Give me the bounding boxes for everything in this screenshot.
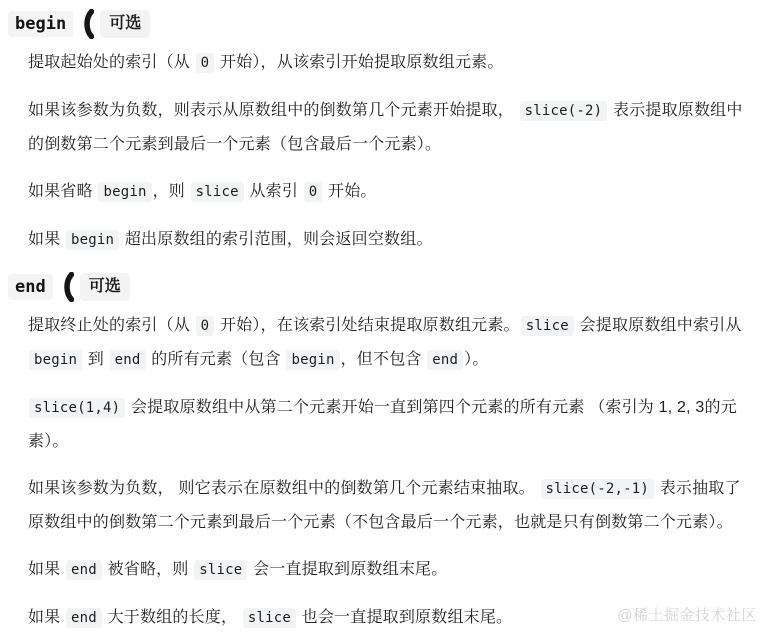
inline-code: 0: [304, 182, 323, 202]
inline-code: end: [66, 608, 102, 628]
text-run: 会提取原数组中从第二个元素开始一直到第四个元素的所有元素 （索引为 1, 2, …: [28, 399, 737, 450]
text-run: 开始。: [323, 183, 376, 200]
article-body: begin可选提取起始处的索引（从 0 开始），从该索引开始提取原数组元素。如果…: [0, 0, 771, 635]
param-heading-end: end可选: [8, 272, 755, 302]
text-run: ）。: [464, 351, 488, 368]
paragraph: 如果省略 begin，则 slice 从索引 0 开始。: [28, 175, 750, 209]
optional-badge: 可选: [80, 273, 130, 301]
inline-code: begin: [29, 350, 82, 370]
paragraph: 提取终止处的索引（从 0 开始），在该索引处结束提取原数组元素。slice 会提…: [28, 309, 750, 377]
text-run: 如果: [28, 231, 65, 248]
paragraph: 如果该参数为负数， 则它表示在原数组中的倒数第几个元素结束抽取。 slice(-…: [28, 472, 750, 539]
left-parenthesis-icon: [81, 9, 94, 39]
inline-code: slice: [191, 182, 244, 202]
param-section-end: end可选提取终止处的索引（从 0 开始），在该索引处结束提取原数组元素。sli…: [8, 272, 755, 635]
inline-code: begin: [286, 350, 339, 370]
inline-code: slice: [521, 316, 574, 336]
paragraph: 如果 end 被省略，则 slice 会一直提取到原数组末尾。: [28, 553, 750, 587]
text-run: 的所有元素（包含: [147, 351, 286, 368]
text-run: 大于数组的长度，: [103, 609, 242, 626]
text-run: 会一直提取到原数组末尾。: [248, 561, 447, 578]
text-run: ，但不包含: [341, 351, 427, 368]
text-run: 开始），从该索引开始提取原数组元素。: [215, 54, 503, 71]
param-heading-begin: begin可选: [8, 9, 755, 39]
inline-code: slice(1,4): [29, 398, 125, 418]
paragraph: 提取起始处的索引（从 0 开始），从该索引开始提取原数组元素。: [28, 46, 750, 80]
text-run: 到: [83, 351, 109, 368]
text-run: ，则: [153, 183, 190, 200]
inline-code: 0: [196, 53, 215, 73]
text-run: 超出原数组的索引范围，则会返回空数组。: [120, 231, 432, 248]
text-run: 被省略，则: [103, 561, 193, 578]
paragraph: 如果 begin 超出原数组的索引范围，则会返回空数组。: [28, 223, 750, 257]
inline-code: slice(-2,-1): [541, 479, 655, 499]
paragraph: slice(1,4) 会提取原数组中从第二个元素开始一直到第四个元素的所有元素 …: [28, 391, 750, 458]
optional-badge: 可选: [100, 10, 150, 38]
inline-code: slice: [194, 560, 247, 580]
text-run: 开始），在该索引处结束提取原数组元素。: [215, 317, 519, 334]
inline-code: end: [427, 350, 463, 370]
text-run: 如果: [28, 561, 65, 578]
text-run: 如果该参数为负数，则表示从原数组中的倒数第几个元素开始提取，: [28, 102, 519, 119]
inline-code: end: [110, 350, 146, 370]
text-run: 如果: [28, 609, 65, 626]
left-parenthesis-icon: [61, 272, 74, 302]
param-section-begin: begin可选提取起始处的索引（从 0 开始），从该索引开始提取原数组元素。如果…: [8, 9, 755, 257]
inline-code: end: [66, 560, 102, 580]
text-run: 也会一直提取到原数组末尾。: [297, 609, 512, 626]
text-run: 提取终止处的索引（从: [28, 317, 195, 334]
inline-code: slice: [243, 608, 296, 628]
param-name-code: begin: [8, 11, 73, 37]
text-run: 提取起始处的索引（从: [28, 54, 195, 71]
inline-code: 0: [196, 316, 215, 336]
paragraph: 如果该参数为负数，则表示从原数组中的倒数第几个元素开始提取， slice(-2)…: [28, 94, 750, 161]
inline-code: slice(-2): [520, 101, 608, 121]
watermark: @稀土掘金技术社区: [617, 604, 757, 625]
param-name-code: end: [8, 274, 53, 300]
text-run: 如果该参数为负数， 则它表示在原数组中的倒数第几个元素结束抽取。: [28, 480, 540, 497]
text-run: 如果省略: [28, 183, 97, 200]
inline-code: begin: [98, 182, 151, 202]
text-run: 从索引: [245, 183, 303, 200]
inline-code: begin: [66, 230, 119, 250]
text-run: 会提取原数组中索引从: [575, 317, 742, 334]
